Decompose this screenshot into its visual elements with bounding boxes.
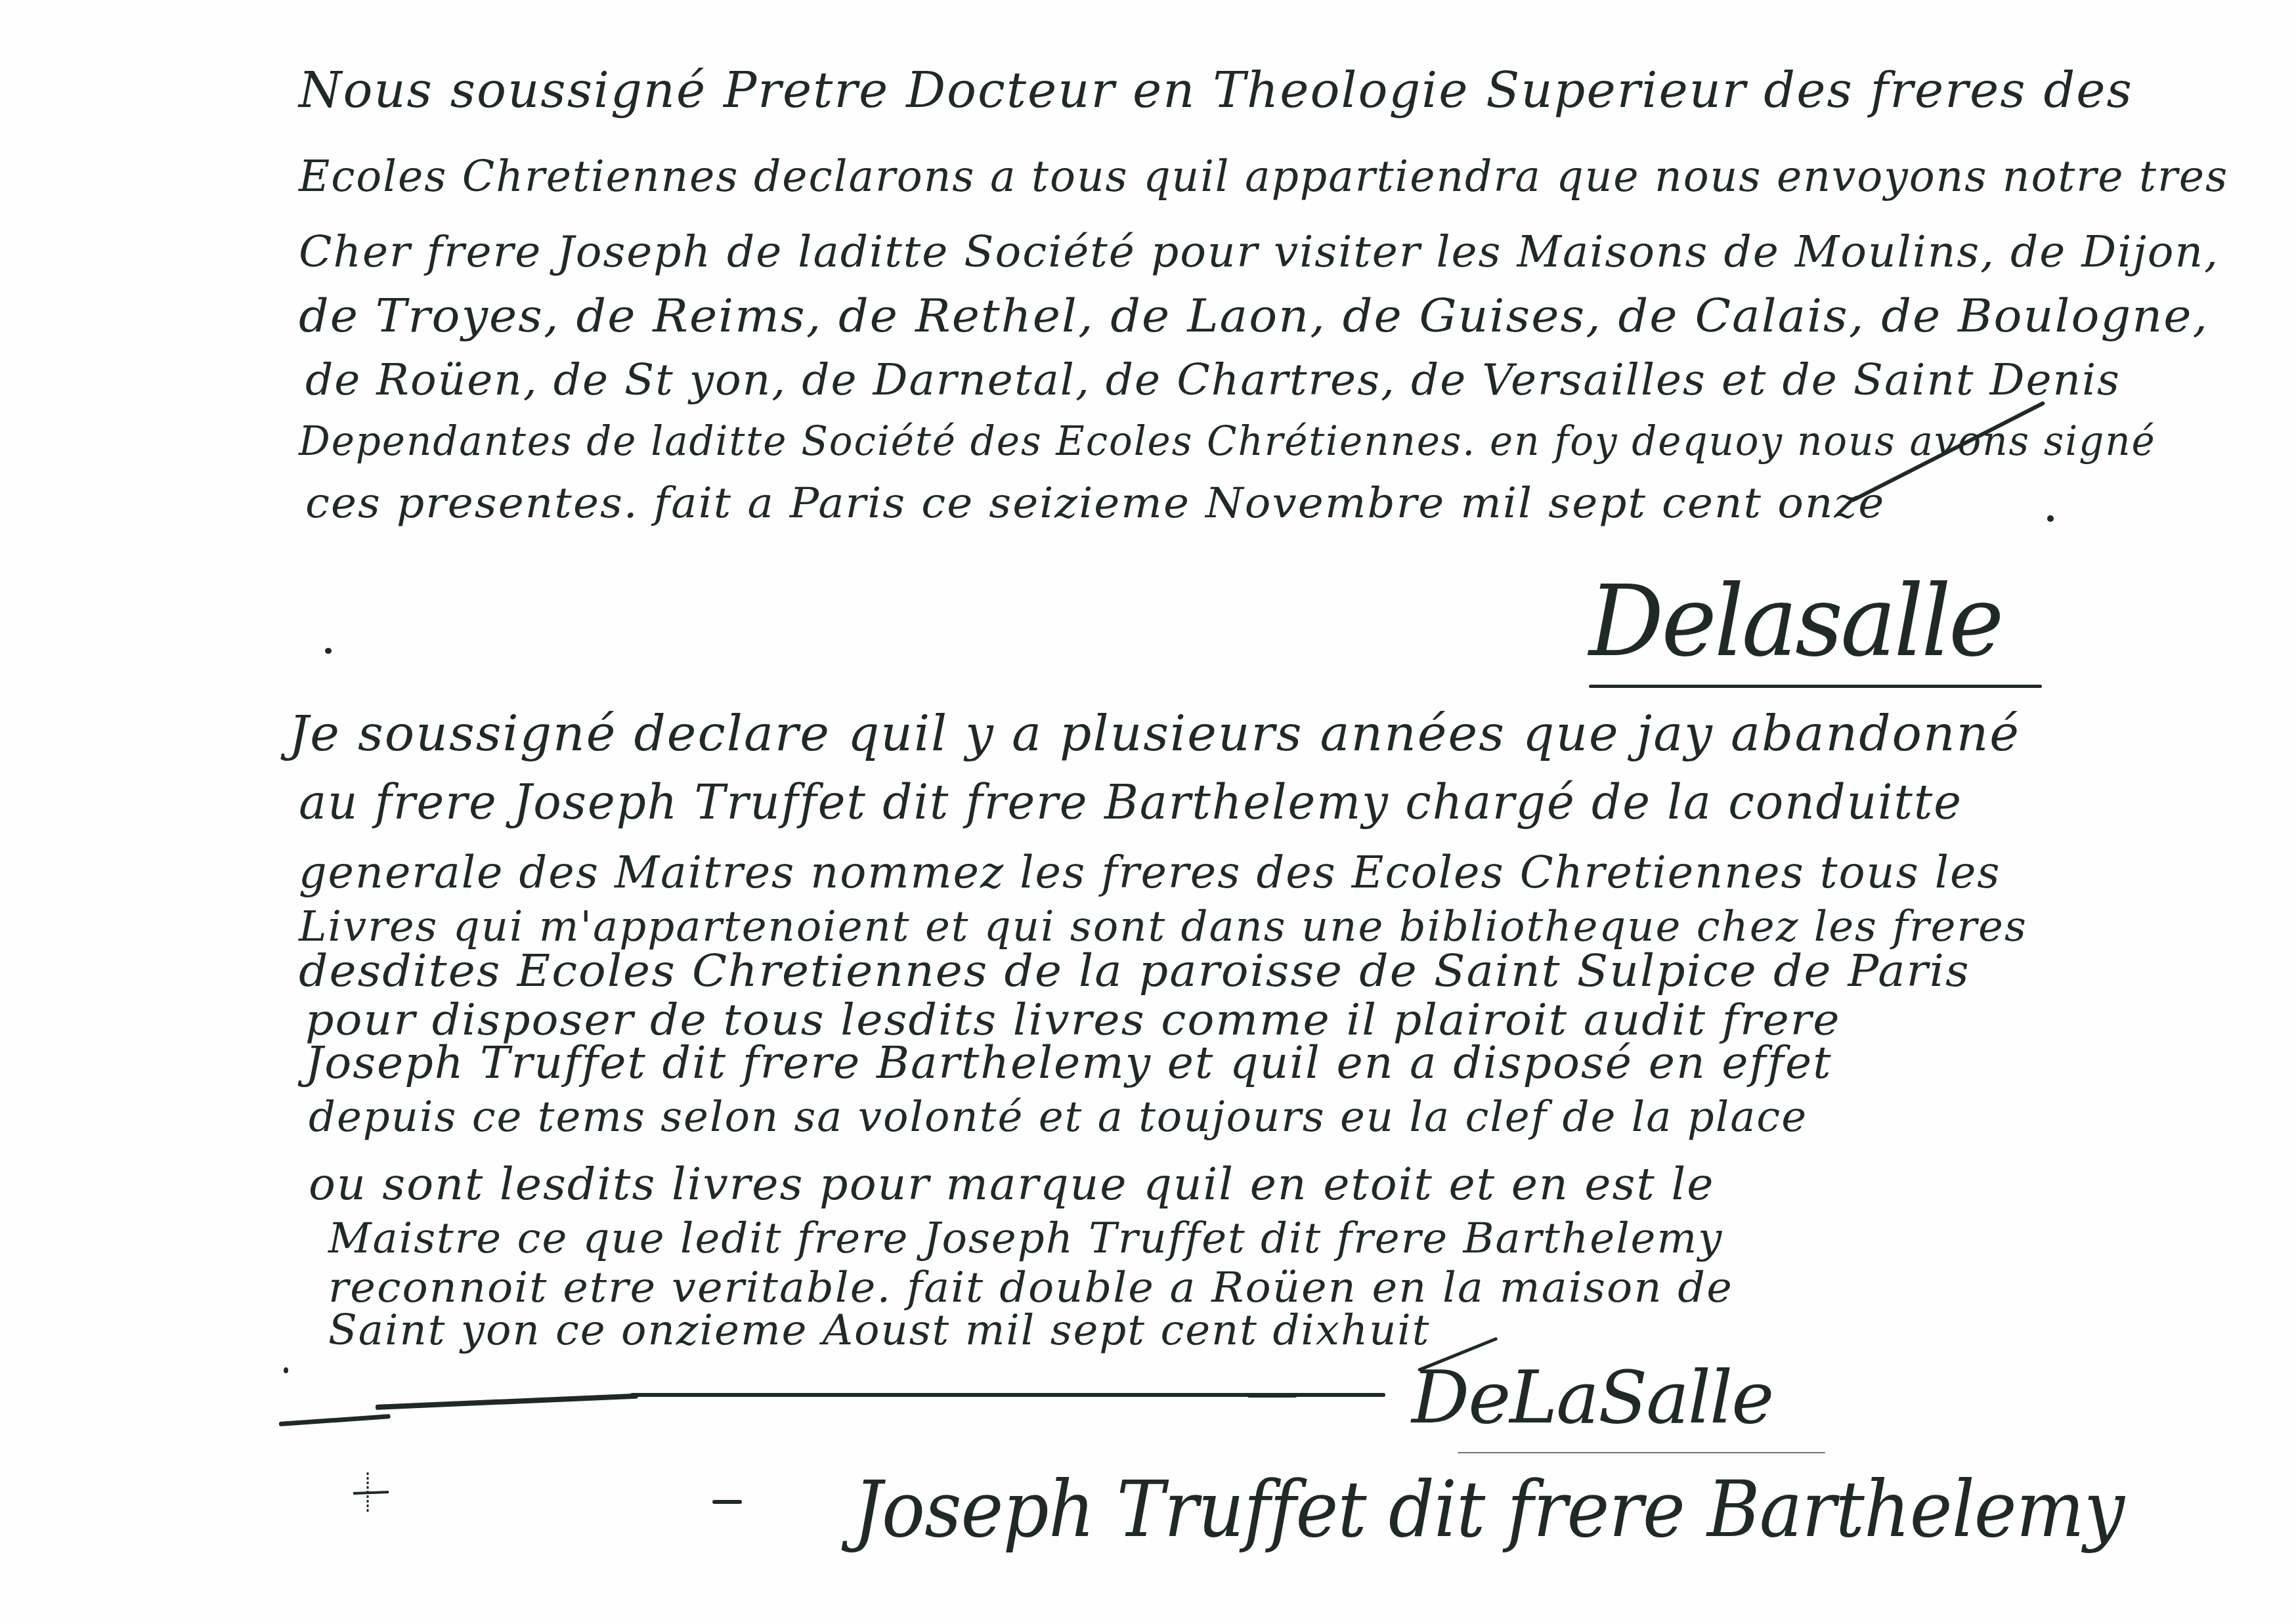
text-line: ou sont lesdits livres pour marque quil … (309, 1159, 1714, 1210)
text-line: Ecoles Chretiennes declarons a tous quil… (299, 151, 2228, 202)
text-line: Je soussigné declare quil y a plusieurs … (289, 706, 2020, 762)
separator-line (279, 1414, 391, 1426)
signature-underline (1458, 1452, 1825, 1453)
text-line: au frere Joseph Truffet dit frere Barthe… (299, 775, 1962, 830)
separator-line (1247, 1395, 1297, 1398)
dash-mark (712, 1500, 742, 1504)
text-line: reconnoit etre veritable. fait double a … (328, 1264, 1733, 1312)
ink-dot (2047, 515, 2054, 522)
signature-delasalle-2: DeLaSalle (1412, 1356, 1773, 1440)
text-line: Joseph Truffet dit frere Barthelemy et q… (305, 1037, 1832, 1089)
cross-mark-icon (348, 1467, 401, 1520)
text-line: depuis ce tems selon sa volonté et a tou… (309, 1093, 1808, 1142)
ink-dot (325, 648, 332, 654)
text-line: generale des Maitres nommez les freres d… (299, 847, 2001, 899)
text-line: de Roüen, de St yon, de Darnetal, de Cha… (305, 354, 2121, 405)
signature-delasalle-1: Delasalle (1589, 565, 2001, 679)
text-line: Livres qui m'appartenoient et qui sont d… (299, 903, 2027, 951)
text-line: ces presentes. fait a Paris ce seizieme … (305, 479, 1885, 528)
separator-line (376, 1394, 638, 1410)
manuscript-page: Nous soussigné Pretre Docteur en Theolog… (0, 0, 2296, 1624)
signature-underline (1589, 685, 2042, 688)
text-line: desdites Ecoles Chretiennes de la parois… (299, 945, 1970, 997)
text-line: Cher frere Joseph de laditte Société pou… (299, 226, 2219, 277)
text-line: Saint yon ce onzieme Aoust mil sept cent… (328, 1306, 1431, 1355)
ink-dot (284, 1367, 288, 1373)
text-line: Nous soussigné Pretre Docteur en Theolog… (299, 62, 2133, 119)
text-line: Maistre ce que ledit frere Joseph Truffe… (328, 1214, 1723, 1263)
text-line: de Troyes, de Reims, de Rethel, de Laon,… (299, 289, 2209, 343)
signature-joseph-truffet: Joseph Truffet dit frere Barthelemy (854, 1464, 2124, 1554)
text-line: Dependantes de laditte Société des Ecole… (299, 417, 2156, 465)
